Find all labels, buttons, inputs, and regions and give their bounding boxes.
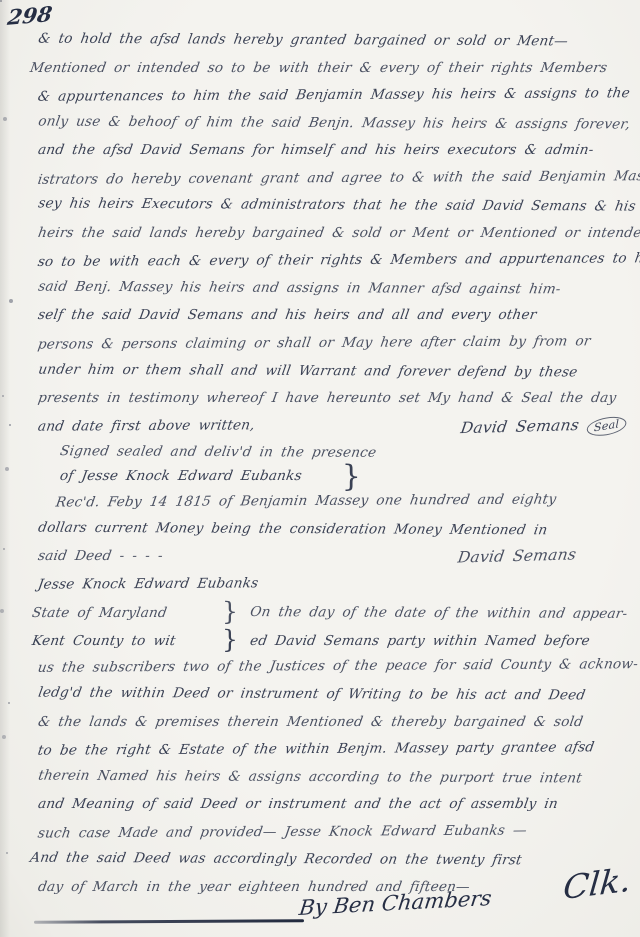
- brace-mark: }: [222, 597, 238, 626]
- seal-mark: Seal: [587, 414, 627, 438]
- manuscript-line: therein Named his heirs & assigns accord…: [0, 764, 640, 792]
- handwritten-text: istrators do hereby covenant grant and a…: [36, 163, 640, 194]
- handwritten-text: us the subscribers two of the Justices o…: [36, 652, 640, 683]
- manuscript-line: Mentioned or intended so to be with thei…: [0, 55, 640, 83]
- manuscript-line: Signed sealed and deliv'd in the presenc…: [0, 440, 640, 464]
- manuscript-line: under him or them shall and will Warrant…: [0, 358, 640, 386]
- handwritten-text: & the lands & premises therein Mentioned…: [36, 709, 585, 737]
- handwritten-text: and the afsd David Semans for himself an…: [36, 137, 596, 165]
- manuscript-page: 298 & to hold the afsd lands hereby gran…: [0, 0, 640, 937]
- manuscript-line: only use & behoof of him the said Benjn.…: [0, 110, 640, 138]
- manuscript-line: and Meaning of said Deed or instrument a…: [0, 791, 640, 819]
- handwritten-text: only use & behoof of him the said Benjn.…: [36, 108, 632, 139]
- manuscript-line: & appurtenances to him the said Benjamin…: [0, 82, 640, 110]
- scan-specks: [0, 0, 2, 2]
- handwritten-text: under him or them shall and will Warrant…: [36, 356, 580, 386]
- manuscript-line: said Deed - - - -David Semans: [0, 543, 640, 571]
- left-column-label: State of Maryland: [30, 600, 224, 628]
- handwritten-text: Signed sealed and deliv'd in the presenc…: [58, 439, 378, 465]
- manuscript-line: & the lands & premises therein Mentioned…: [0, 709, 640, 737]
- manuscript-line: self the said David Semans and his heirs…: [0, 302, 640, 330]
- handwritten-text: ledg'd the within Deed or instrument of …: [36, 680, 587, 710]
- manuscript-line: & to hold the afsd lands hereby granted …: [0, 27, 640, 55]
- handwritten-text: dollars current Money being the consider…: [36, 514, 550, 544]
- manuscript-line: Kent County to wit}ed David Semans party…: [0, 626, 640, 654]
- manuscript-body: & to hold the afsd lands hereby granted …: [0, 27, 640, 901]
- handwritten-text: presents in testimony whereof I have her…: [36, 385, 619, 413]
- manuscript-line: sey his heirs Executors & administrators…: [0, 192, 640, 220]
- handwritten-text: self the said David Semans and his heirs…: [36, 302, 539, 330]
- manuscript-line: and date first above written,David Seman…: [0, 413, 640, 441]
- handwritten-text: sey his heirs Executors & administrators…: [36, 191, 638, 222]
- handwritten-text: and Meaning of said Deed or instrument a…: [36, 791, 560, 819]
- handwritten-text: persons & persons claiming or shall or M…: [36, 328, 593, 359]
- manuscript-line: State of Maryland}On the day of the date…: [0, 598, 640, 626]
- manuscript-line: such case Made and provided— Jesse Knock…: [0, 819, 640, 847]
- left-column-label: Kent County to wit: [30, 628, 224, 656]
- handwritten-text: & appurtenances to him the said Benjamin…: [36, 80, 632, 111]
- manuscript-line: said Benj. Massey his heirs and assigns …: [0, 275, 640, 303]
- manuscript-line: Rec'd. Feby 14 1815 of Benjamin Massey o…: [0, 488, 640, 516]
- handwritten-text: therein Named his heirs & assigns accord…: [36, 762, 584, 792]
- handwritten-text: heirs the said lands hereby bargained & …: [36, 220, 640, 248]
- flourish-rule: [34, 919, 304, 923]
- brace-mark: }: [222, 625, 238, 654]
- manuscript-line: And the said Deed was accordingly Record…: [0, 846, 640, 874]
- manuscript-line: persons & persons claiming or shall or M…: [0, 330, 640, 358]
- handwritten-text: of Jesse Knock Edward Eubanks: [58, 464, 304, 488]
- signature-name: David Semans: [460, 416, 581, 437]
- manuscript-line: us the subscribers two of the Justices o…: [0, 653, 640, 681]
- signature: David SemansSeal: [459, 411, 629, 443]
- manuscript-line: of Jesse Knock Edward Eubanks}: [0, 464, 640, 488]
- manuscript-line: heirs the said lands hereby bargained & …: [0, 220, 640, 248]
- manuscript-line: so to be with each & every of their righ…: [0, 247, 640, 275]
- manuscript-line: and the afsd David Semans for himself an…: [0, 137, 640, 165]
- signature: David Semans: [456, 542, 578, 573]
- handwritten-text: & to hold the afsd lands hereby granted …: [36, 26, 570, 56]
- handwritten-text: so to be with each & every of their righ…: [36, 245, 640, 277]
- handwritten-text: such case Made and provided— Jesse Knock…: [36, 817, 529, 848]
- manuscript-line: istrators do hereby covenant grant and a…: [0, 165, 640, 193]
- handwritten-text: said Deed - - - -: [36, 543, 165, 571]
- handwritten-text: said Benj. Massey his heirs and assigns …: [36, 274, 563, 304]
- manuscript-line: to be the right & Estate of the within B…: [0, 736, 640, 764]
- manuscript-line: ledg'd the within Deed or instrument of …: [0, 681, 640, 709]
- handwritten-text: Rec'd. Feby 14 1815 of Benjamin Massey o…: [54, 487, 559, 518]
- handwritten-text: And the said Deed was accordingly Record…: [28, 845, 524, 875]
- handwritten-text: Mentioned or intended so to be with thei…: [28, 55, 609, 83]
- handwritten-text: to be the right & Estate of the within B…: [36, 734, 597, 765]
- manuscript-line: dollars current Money being the consider…: [0, 516, 640, 544]
- handwritten-text: and date first above written,: [36, 412, 257, 441]
- manuscript-line: Jesse Knock Edward Eubanks: [0, 571, 640, 599]
- manuscript-line: presents in testimony whereof I have her…: [0, 385, 640, 413]
- handwritten-text: On the day of the date of the within and…: [248, 599, 630, 629]
- handwritten-text: Jesse Knock Edward Eubanks: [36, 570, 261, 599]
- signature-name: David Semans: [457, 546, 578, 567]
